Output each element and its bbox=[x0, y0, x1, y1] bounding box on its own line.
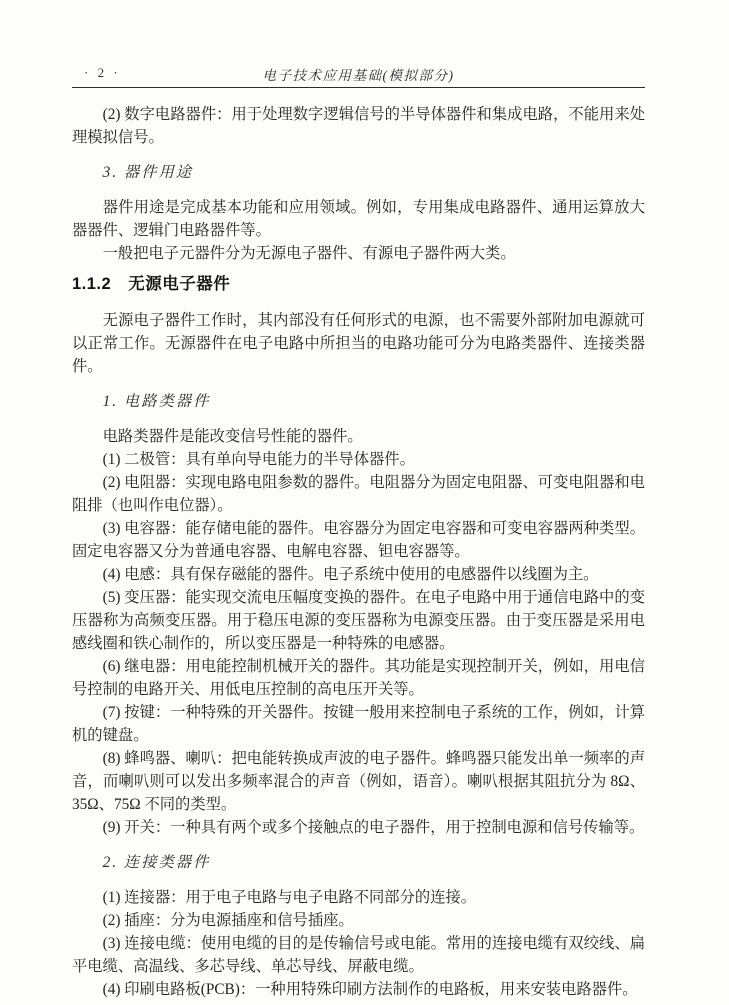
page-header: · 2 · 电子技术应用基础(模拟部分) bbox=[72, 62, 645, 88]
running-title: 电子技术应用基础(模拟部分) bbox=[72, 64, 645, 84]
paragraph: (3) 电容器：能存储电能的器件。电容器分为固定电容器和可变电容器两种类型。固定… bbox=[72, 517, 645, 563]
paragraph: 电路类器件是能改变信号性能的器件。 bbox=[72, 425, 645, 448]
paragraph: (6) 继电器：用电能控制机械开关的器件。其功能是实现控制开关，例如，用电信号控… bbox=[72, 655, 645, 701]
paragraph: (2) 插座：分为电源插座和信号插座。 bbox=[72, 909, 645, 932]
paragraph: (3) 连接电缆：使用电缆的目的是传输信号或电能。常用的连接电缆有双绞线、扁平电… bbox=[72, 932, 645, 978]
paragraph: 一般把电子元器件分为无源电子器件、有源电子器件两大类。 bbox=[72, 242, 645, 265]
paragraph: (2) 数字电路器件：用于处理数字逻辑信号的半导体器件和集成电路，不能用来处理模… bbox=[72, 103, 645, 149]
sub-heading: 3. 器件用途 bbox=[72, 161, 645, 184]
paragraph: 无源电子器件工作时，其内部没有任何形式的电源，也不需要外部附加电源就可以正常工作… bbox=[72, 309, 645, 378]
page-body: (2) 数字电路器件：用于处理数字逻辑信号的半导体器件和集成电路，不能用来处理模… bbox=[72, 103, 645, 1001]
paragraph: (9) 开关：一种具有两个或多个接触点的电子器件，用于控制电源和信号传输等。 bbox=[72, 816, 645, 839]
paragraph: (2) 电阻器：实现电路电阻参数的器件。电阻器分为固定电阻器、可变电阻器和电阻排… bbox=[72, 471, 645, 517]
paragraph: 器件用途是完成基本功能和应用领域。例如，专用集成电路器件、通用运算放大器器件、逻… bbox=[72, 196, 645, 242]
paragraph: (7) 按键：一种特殊的开关器件。按键一般用来控制电子系统的工作，例如，计算机的… bbox=[72, 701, 645, 747]
paragraph: (8) 蜂鸣器、喇叭：把电能转换成声波的电子器件。蜂鸣器只能发出单一频率的声音，… bbox=[72, 747, 645, 816]
paragraph: (4) 电感：具有保存磁能的器件。电子系统中使用的电感器件以线圈为主。 bbox=[72, 563, 645, 586]
document-page: · 2 · 电子技术应用基础(模拟部分) (2) 数字电路器件：用于处理数字逻辑… bbox=[0, 0, 729, 1005]
paragraph: (1) 二极管：具有单向导电能力的半导体器件。 bbox=[72, 448, 645, 471]
paragraph: (5) 变压器：能实现交流电压幅度变换的器件。在电子电路中用于通信电路中的变压器… bbox=[72, 586, 645, 655]
paragraph: (4) 印刷电路板(PCB)：一种用特殊印刷方法制作的电路板，用来安装电路器件。 bbox=[72, 978, 645, 1001]
sub-heading: 2. 连接类器件 bbox=[72, 851, 645, 874]
paragraph: (1) 连接器：用于电子电路与电子电路不同部分的连接。 bbox=[72, 886, 645, 909]
sub-heading: 1. 电路类器件 bbox=[72, 390, 645, 413]
section-heading: 1.1.2 无源电子器件 bbox=[72, 273, 645, 296]
